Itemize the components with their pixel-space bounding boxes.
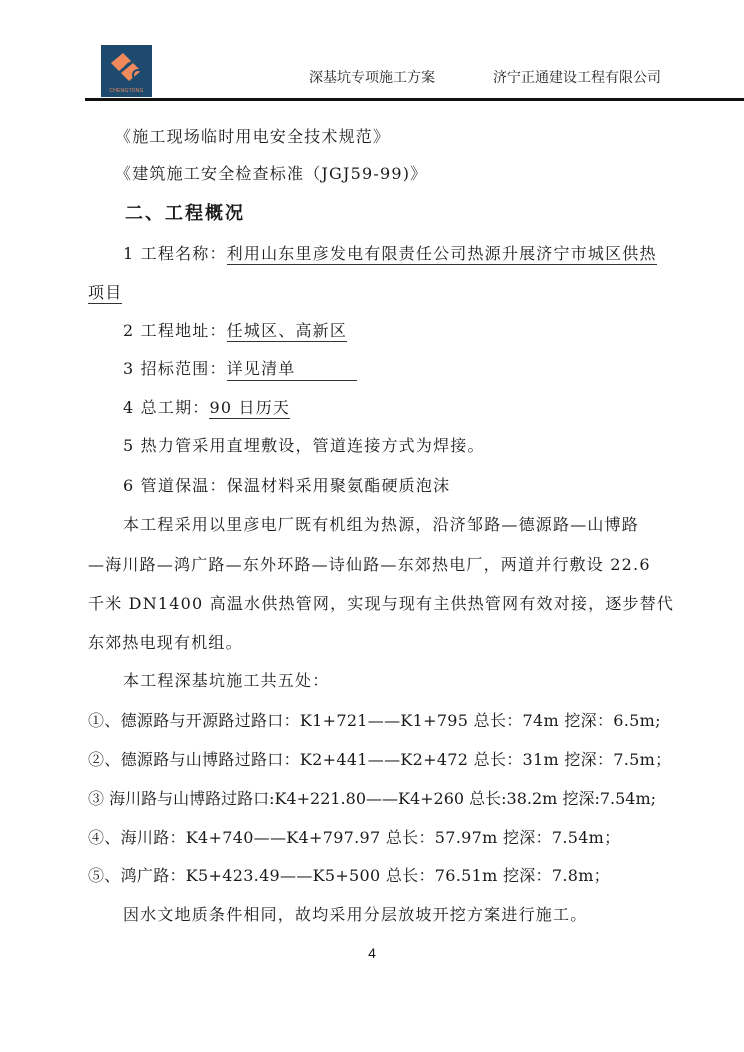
field-value: 项目 (88, 283, 122, 304)
pit-item-5: ⑤、鸿广路：K5+423.49——K5+500 总长：76.51m 挖深：7.8… (88, 866, 610, 886)
header-divider (85, 98, 744, 101)
pit-item-3: ③ 海川路与山博路过路口:K4+221.80——K4+260 总长:38.2m … (88, 789, 656, 809)
company-logo: CHENGTONG (101, 45, 152, 97)
logo-mark-icon (101, 45, 152, 89)
field-address: 2 工程地址：任城区、高新区 (123, 321, 347, 341)
reference-2: 《建筑施工安全检查标准（JGJ59-99)》 (115, 164, 427, 184)
field-label: 3 招标范围： (123, 359, 227, 378)
company-name: 济宁正通建设工程有限公司 (493, 67, 661, 87)
pit-item-4: ④、海川路：K4+740——K4+797.97 总长：57.97m 挖深：7.5… (88, 828, 620, 848)
paragraph-line: 东郊热电现有机组。 (88, 633, 243, 653)
field-value: 利用山东里彦发电有限责任公司热源升展济宁市城区供热 (227, 244, 657, 265)
document-title: 深基坑专项施工方案 (309, 67, 435, 87)
field-value: 详见清单 (227, 359, 357, 381)
field-project-name: 1 工程名称：利用山东里彦发电有限责任公司热源升展济宁市城区供热 (123, 244, 657, 264)
field-value: 90 日历天 (209, 398, 290, 419)
pit-item-2: ②、德源路与山博路过路口：K2+441——K2+472 总长：31m 挖深：7.… (88, 750, 671, 770)
pits-intro: 本工程深基坑施工共五处： (123, 671, 329, 691)
page-number: 4 (0, 945, 744, 961)
field-value: 任城区、高新区 (227, 321, 347, 342)
field-insulation: 6 管道保温：保温材料采用聚氨酯硬质泡沫 (123, 476, 450, 496)
logo-text: CHENGTONG (101, 88, 152, 94)
field-label: 2 工程地址： (123, 321, 227, 340)
field-pipe-laying: 5 热力管采用直埋敷设，管道连接方式为焊接。 (123, 436, 485, 456)
field-label: 1 工程名称： (123, 244, 227, 263)
section-heading: 二、工程概况 (125, 203, 245, 223)
field-project-name-cont: 项目 (88, 283, 122, 303)
conclusion: 因水文地质条件相同，故均采用分层放坡开挖方案进行施工。 (123, 905, 587, 925)
field-label: 4 总工期： (123, 398, 209, 417)
reference-1: 《施工现场临时用电安全技术规范》 (115, 127, 390, 147)
paragraph-line: 本工程采用以里彦电厂既有机组为热源，沿济邹路—德源路—山博路 (123, 515, 639, 535)
field-scope: 3 招标范围：详见清单 (123, 359, 357, 381)
paragraph-line: 千米 DN1400 高温水供热管网，实现与现有主供热管网有效对接，逐步替代 (88, 594, 674, 614)
pit-item-1: ①、德源路与开源路过路口：K1+721——K1+795 总长：74m 挖深：6.… (88, 711, 661, 731)
field-duration: 4 总工期：90 日历天 (123, 398, 290, 418)
paragraph-line: —海川路—鸿广路—东外环路—诗仙路—东郊热电厂，两道并行敷设 22.6 (88, 555, 651, 575)
